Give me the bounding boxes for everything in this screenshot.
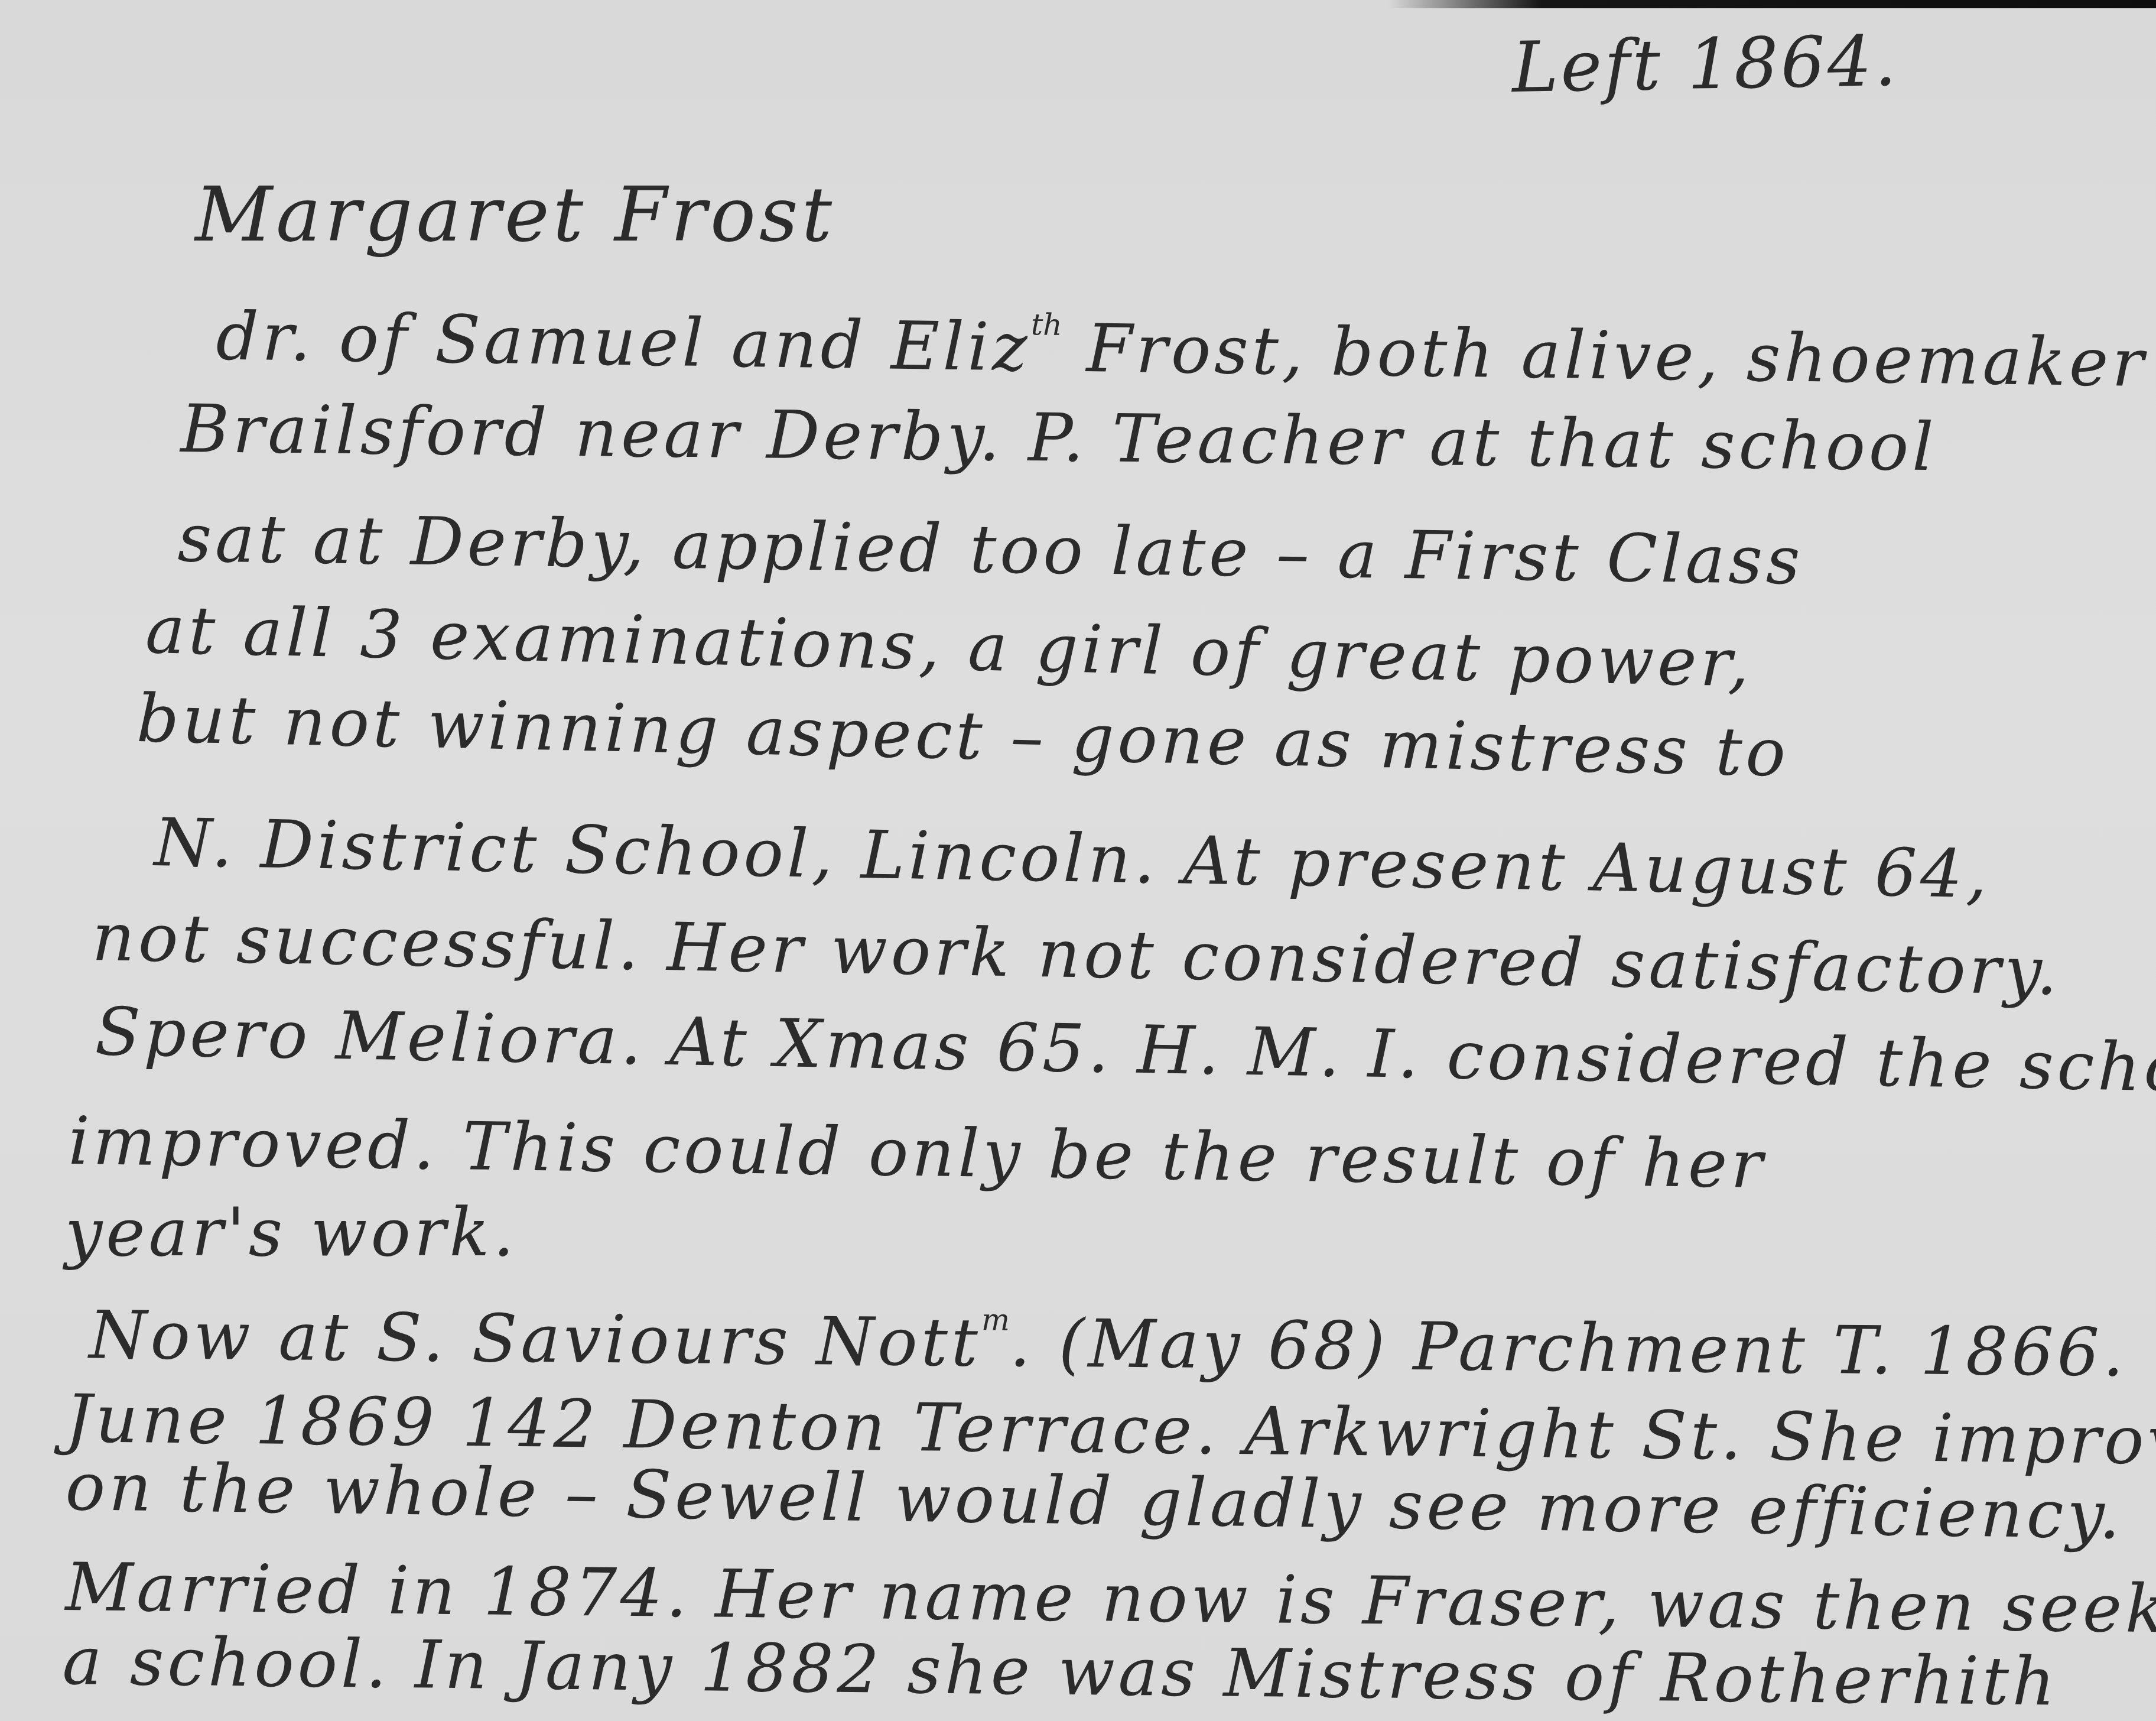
entry-line-2: Brailsford near Derby. P. Teacher at tha…	[180, 396, 1937, 480]
entry-line-5: but not winning aspect – gone as mistres…	[136, 686, 1790, 787]
entry-line-1: dr. of Samuel and Elizth Frost, both ali…	[216, 298, 2148, 397]
entry-line-15: a school. In Jany 1882 she was Mistress …	[62, 1628, 2059, 1715]
line-11-sup: m	[981, 1302, 1010, 1337]
entry-line-8: Spero Meliora. At Xmas 65. H. M. I. cons…	[95, 999, 2156, 1103]
entry-line-7: not successful. Her work not considered …	[92, 904, 2061, 1005]
scanned-document-page: Left 1864. Margaret Frost dr. of Samuel …	[0, 0, 2156, 1721]
entry-line-4: at all 3 examinations, a girl of great p…	[145, 597, 1754, 697]
entry-line-9: improved. This could only be the result …	[68, 1108, 1767, 1198]
line-11-pre: Now at S. Saviours Nott	[89, 1297, 982, 1381]
entry-line-11: Now at S. Saviours Nottm. (May 68) Parch…	[89, 1297, 2128, 1386]
entry-line-10: year's work.	[65, 1200, 518, 1266]
line-1-post: Frost, both alive, shoemaker	[1061, 310, 2148, 402]
line-1-sup: th	[1031, 307, 1063, 342]
entry-name: Margaret Frost	[195, 177, 835, 253]
entry-line-6: N. District School, Lincoln. At present …	[154, 810, 1991, 908]
header-left-date: Left 1864.	[1511, 26, 1900, 102]
page-top-edge-shadow	[1388, 0, 2156, 8]
entry-line-3: sat at Derby, applied too late – a First…	[177, 505, 1804, 594]
line-1-pre: dr. of Samuel and Eliz	[216, 298, 1031, 386]
line-11-post: . (May 68) Parchment T. 1866.	[1009, 1305, 2128, 1392]
